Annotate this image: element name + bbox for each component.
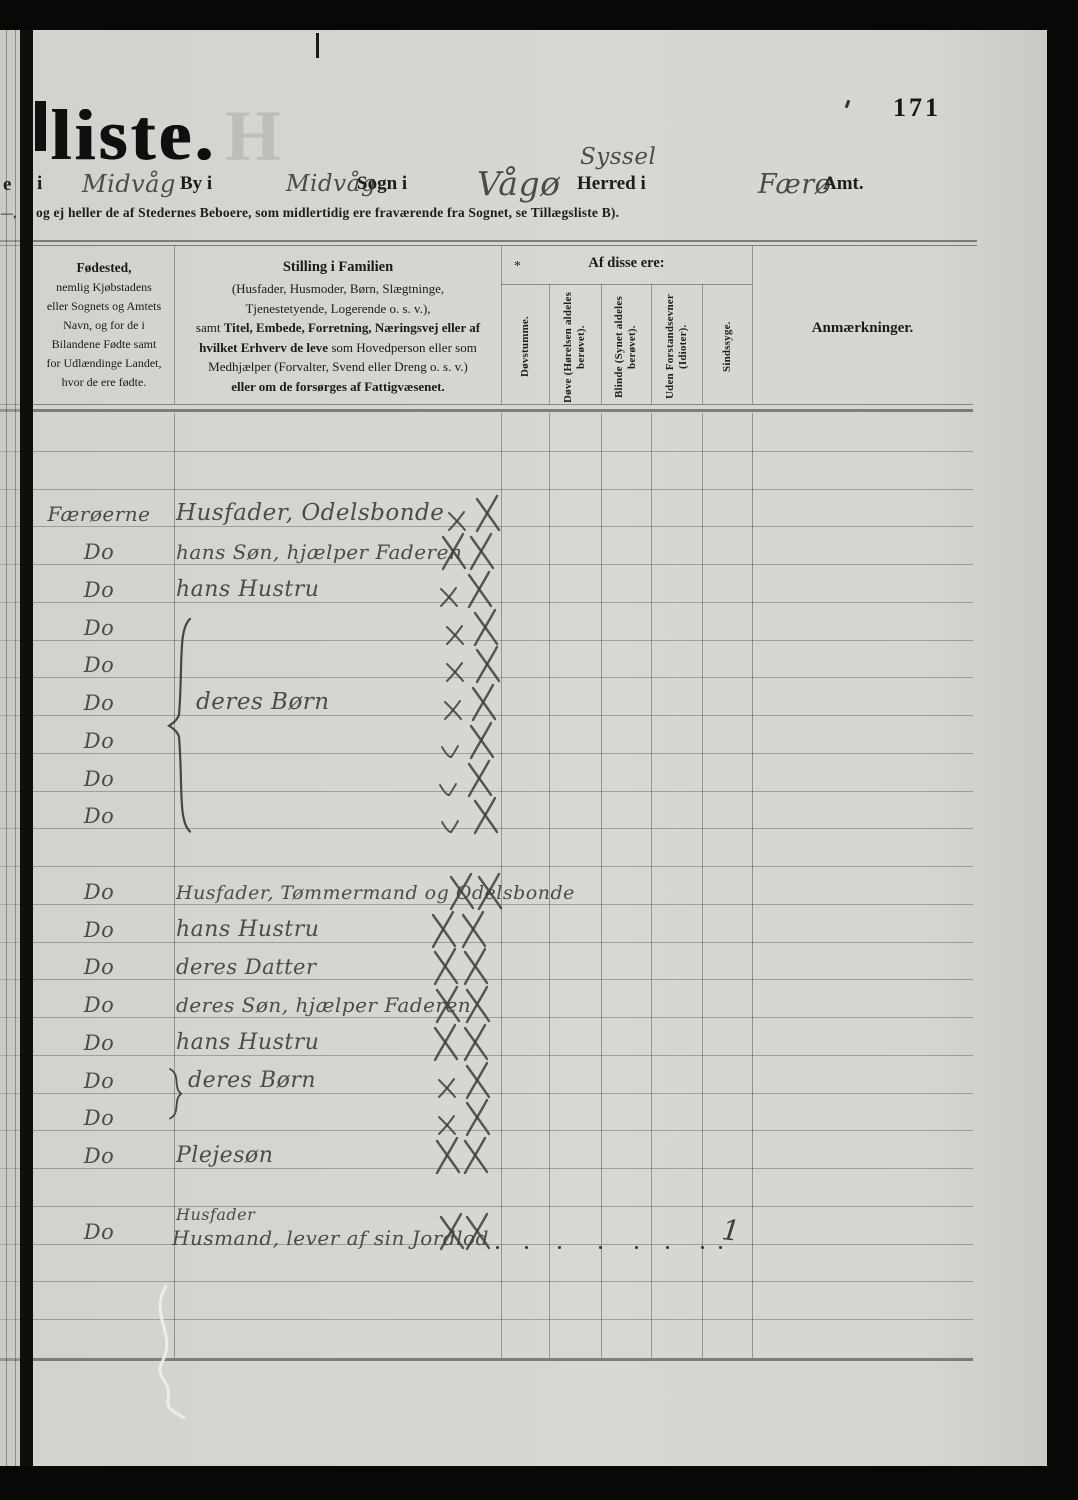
handwritten-town: Midvåg [82,170,176,198]
page-title-fragment: liste. [51,99,217,171]
note-fragment: —, [1,206,16,221]
birthplace-column-header: Fødested, nemlig Kjøbstadenseller Sognet… [34,257,174,392]
title-cutoff-letter-fragment [35,101,46,151]
position-header-title: Stilling i Familien [177,256,499,279]
handwritten-syssel: Syssel [580,144,656,170]
label-by-i: By i [180,173,212,195]
adjacent-page-strip [0,30,20,1468]
handwritten-county: Færø [758,169,831,200]
scanned-census-page: liste. H 171 e i Midvåg By i Midvåg Sogn… [0,0,1078,1500]
scan-border-bottom [0,1466,1078,1500]
scan-border-right [1047,0,1078,1500]
scratch-mark [128,1282,218,1422]
disease-group-header: Af disse ere: [501,255,752,272]
label-sogn-i: Sogn i [357,173,407,195]
position-header-text: (Husfader, Husmoder, Børn, Slægtninge,Tj… [177,279,499,396]
binding-tick [316,33,319,58]
birthplace-header-title: Fødested, [34,257,174,278]
remarks-column-header: Anmærkninger. [752,320,973,337]
position-column-header: Stilling i Familien (Husfader, Husmoder,… [177,256,499,396]
book-binding-bar [20,0,33,1500]
page-number: 171 [893,93,941,123]
label-amt: Amt. [823,173,864,195]
printed-fragment-left: e [3,174,11,196]
label-herred-i: Herred i [577,173,646,195]
printed-fragment-i: i [37,173,42,195]
paper-page [33,30,1047,1468]
watermark-letter: H [225,100,281,172]
birthplace-header-text: nemlig Kjøbstadenseller Sognets og Amtet… [34,278,174,392]
handwritten-district: Vågø [477,164,560,203]
scan-border-top [0,0,1078,30]
exclusion-note: og ej heller de af Stedernes Beboere, so… [36,205,619,221]
